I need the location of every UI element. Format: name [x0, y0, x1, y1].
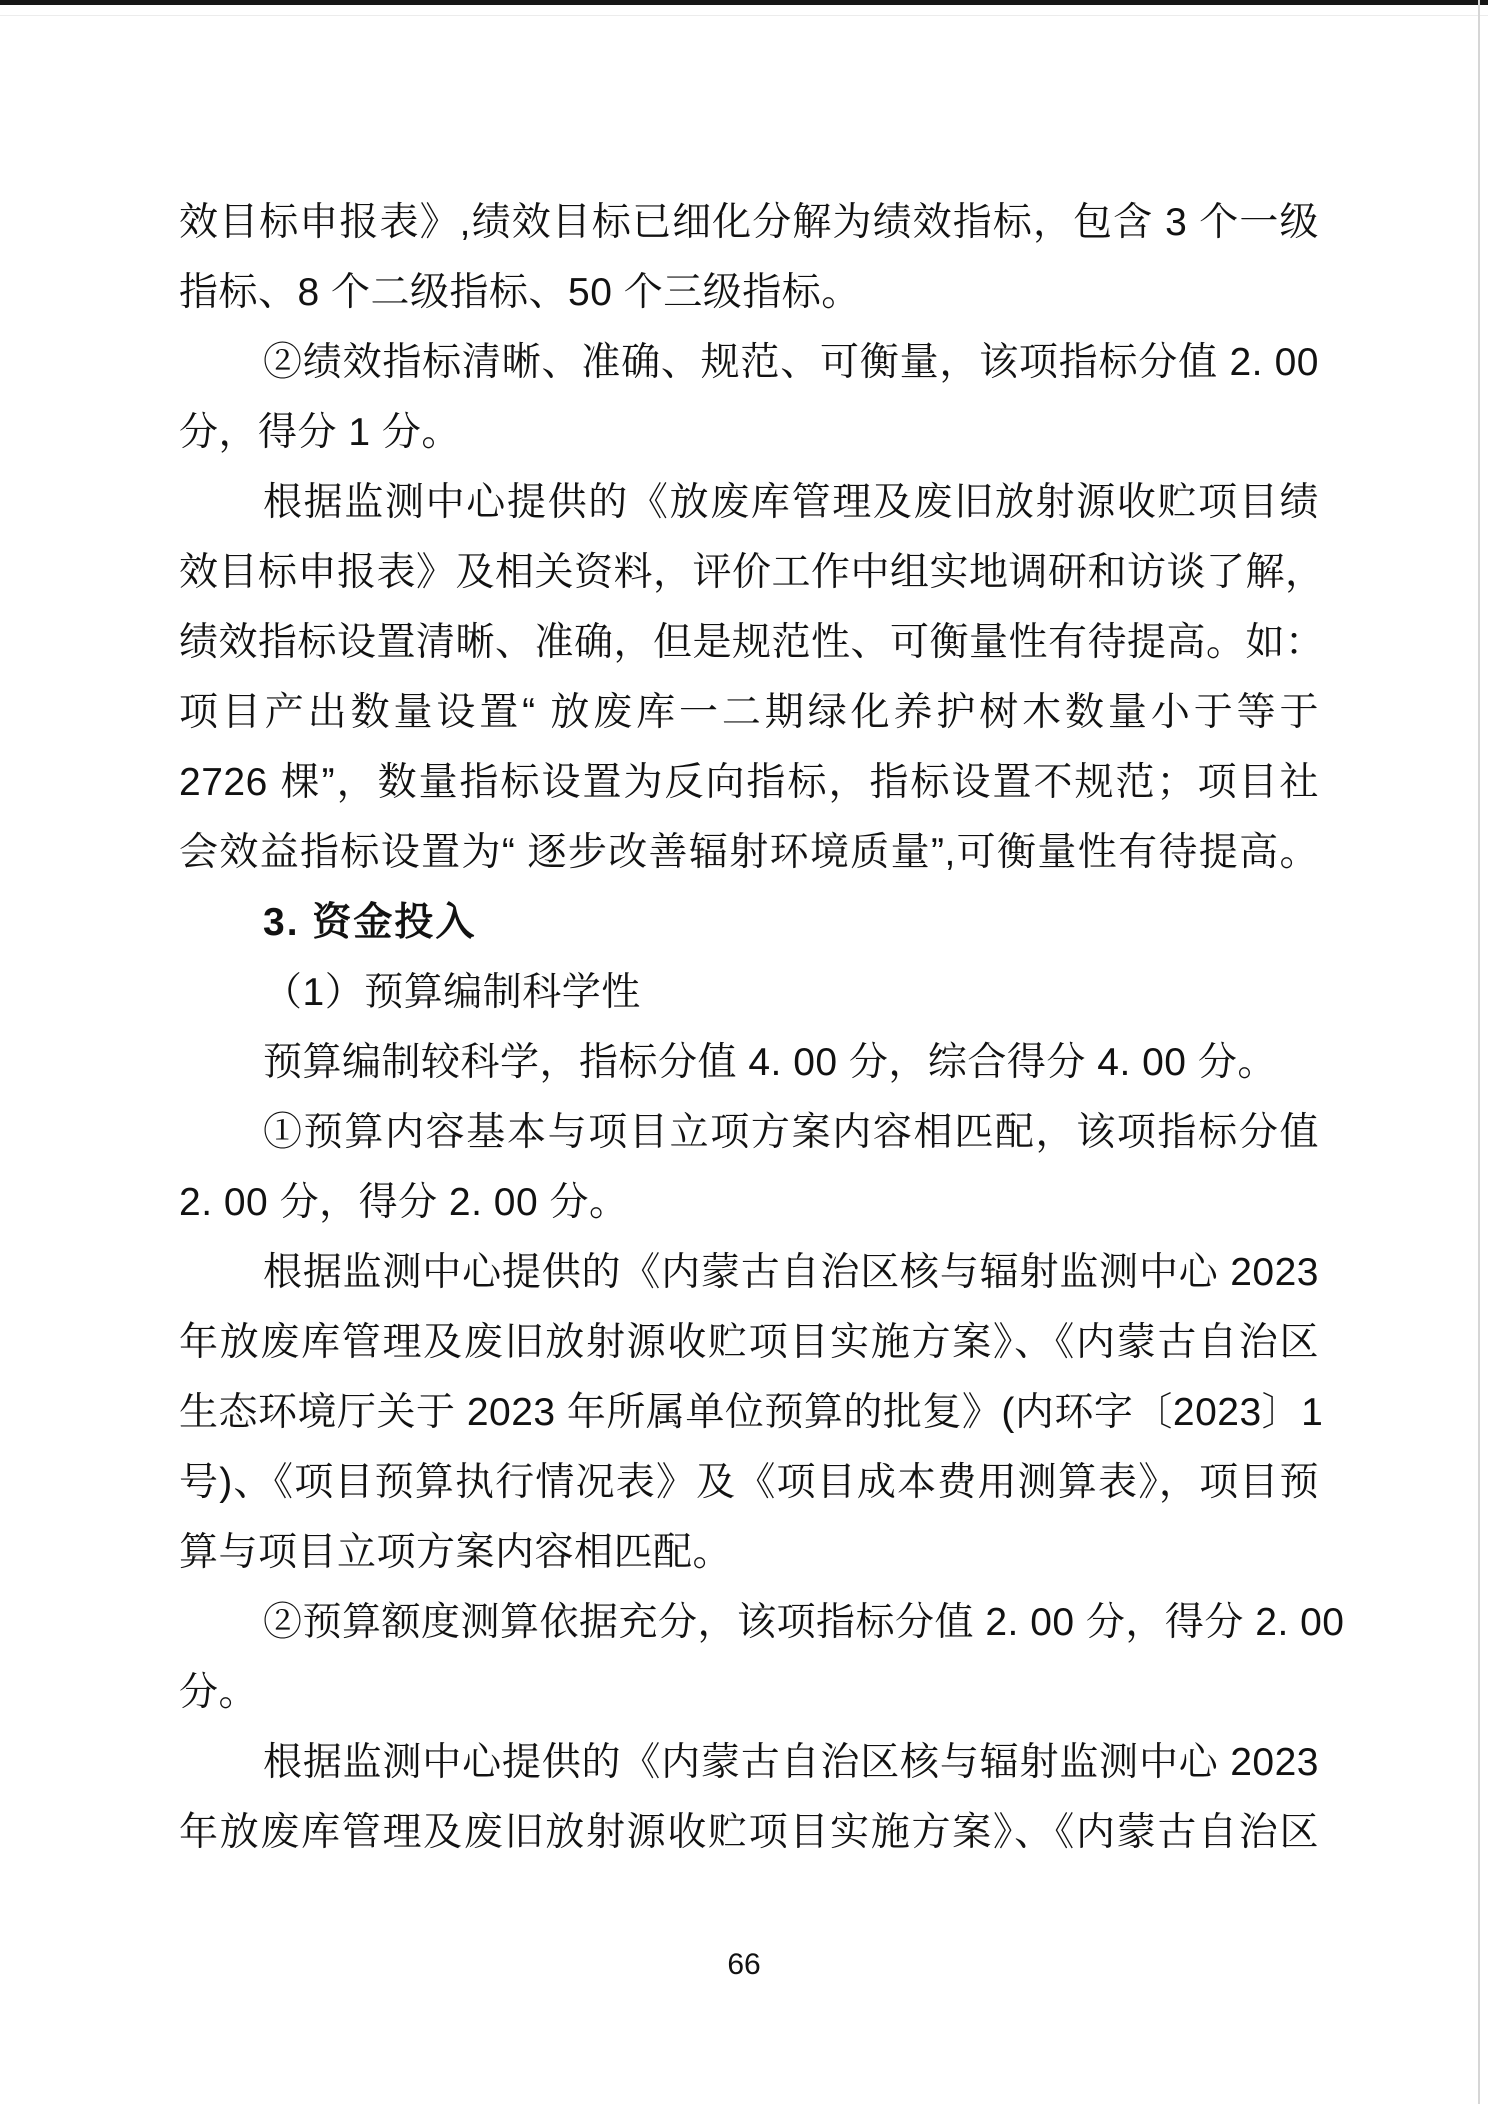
text-line: 根据监测中心提供的《放废库管理及废旧放射源收贮项目绩	[179, 468, 1319, 538]
text-line: 算与项目立项方案内容相匹配。	[179, 1518, 1319, 1588]
text-line: 指标、8 个二级指标、50 个三级指标。	[179, 258, 1319, 328]
text-line: 预算编制较科学，指标分值 4. 00 分，综合得分 4. 00 分。	[179, 1028, 1319, 1098]
page-top-border	[0, 0, 1488, 5]
text-line: 年放废库管理及废旧放射源收贮项目实施方案》、《内蒙古自治区	[179, 1308, 1319, 1378]
text-line: 2. 00 分，得分 2. 00 分。	[179, 1168, 1319, 1238]
text-line: 根据监测中心提供的《内蒙古自治区核与辐射监测中心 2023	[179, 1238, 1319, 1308]
text-line: 分，得分 1 分。	[179, 398, 1319, 468]
text-line: 2726 棵”，数量指标设置为反向指标，指标设置不规范；项目社	[179, 748, 1319, 818]
document-body: 效目标申报表》,绩效目标已细化分解为绩效指标，包含 3 个一级 指标、8 个二级…	[179, 188, 1319, 1868]
text-line: 会效益指标设置为“ 逐步改善辐射环境质量”,可衡量性有待提高。	[179, 818, 1319, 888]
text-line: 效目标申报表》及相关资料，评价工作中组实地调研和访谈了解，	[179, 538, 1319, 608]
page-top-hairline	[0, 15, 1488, 16]
sub-heading: （1）预算编制科学性	[179, 958, 1319, 1028]
page-number: 66	[0, 1948, 1488, 1982]
text-line: 生态环境厅关于 2023 年所属单位预算的批复》(内环字〔2023〕1	[179, 1378, 1319, 1448]
text-line: ②预算额度测算依据充分，该项指标分值 2. 00 分，得分 2. 00	[179, 1588, 1319, 1658]
text-line: ②绩效指标清晰、准确、规范、可衡量，该项指标分值 2. 00	[179, 328, 1319, 398]
section-heading: 3. 资金投入	[179, 888, 1319, 958]
text-line: 效目标申报表》,绩效目标已细化分解为绩效指标，包含 3 个一级	[179, 188, 1319, 258]
text-line: 根据监测中心提供的《内蒙古自治区核与辐射监测中心 2023	[179, 1728, 1319, 1798]
text-line: 年放废库管理及废旧放射源收贮项目实施方案》、《内蒙古自治区	[179, 1798, 1319, 1868]
text-line: 绩效指标设置清晰、准确，但是规范性、可衡量性有待提高。如：	[179, 608, 1319, 678]
text-line: 分。	[179, 1658, 1319, 1728]
text-line: 号)、《项目预算执行情况表》及《项目成本费用测算表》，项目预	[179, 1448, 1319, 1518]
page-edge-line	[1478, 0, 1480, 2104]
text-line: ①预算内容基本与项目立项方案内容相匹配，该项指标分值	[179, 1098, 1319, 1168]
text-line: 项目产出数量设置“ 放废库一二期绿化养护树木数量小于等于	[179, 678, 1319, 748]
